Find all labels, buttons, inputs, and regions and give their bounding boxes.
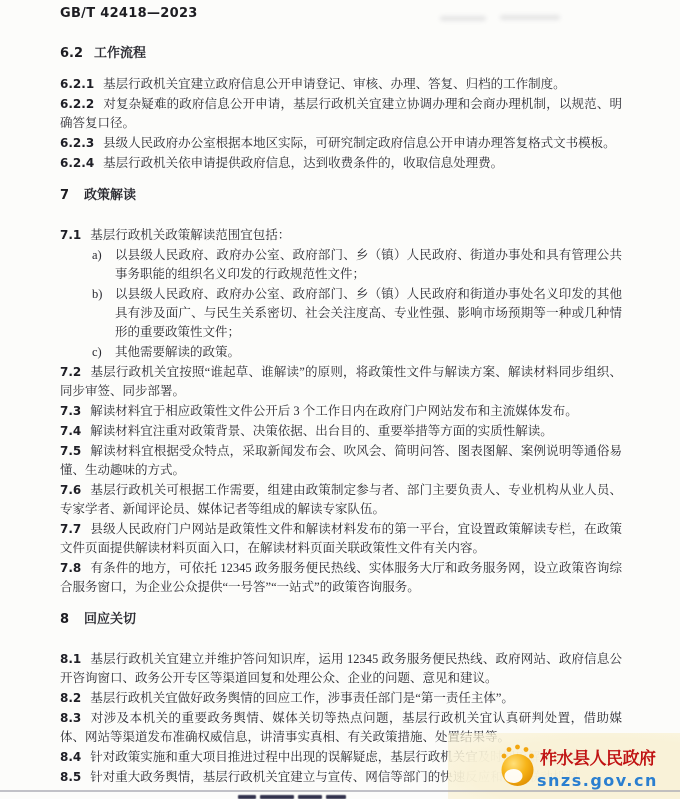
clause-paragraph: 6.2.4基层行政机关依申请提供政府信息，达到收费条件的，收取信息处理费。: [60, 154, 622, 173]
clause-paragraph: 6.2.2对复杂疑难的政府信息公开申请，基层行政机关宜建立协调办理和会商办理机制…: [60, 95, 622, 133]
clause-number: 8.5: [60, 770, 81, 784]
clause-number: 7.2: [60, 365, 81, 379]
cutoff-text-fragment: [238, 795, 256, 799]
clause-number: 6.2.1: [60, 77, 94, 91]
clause-paragraph: 7.8有条件的地方，可依托 12345 政务服务便民热线、实体服务大厅和政务服务…: [60, 559, 622, 597]
clause-number: 6.2.4: [60, 156, 94, 170]
clause-text: 基层行政机关可根据工作需要，组建由政策制定参与者、部门主要负责人、专业机构从业人…: [60, 483, 622, 516]
clause-number: 6.2.2: [60, 97, 94, 111]
clause-text: 其他需要解读的政策。: [115, 345, 240, 359]
clause-paragraph: 7.5解读材料宜根据受众特点，采取新闻发布会、吹风会、简明问答、图表图解、案例说…: [60, 442, 622, 480]
cutoff-text-fragment: [260, 795, 294, 799]
scan-smudge: [440, 16, 486, 21]
scan-smudge: [500, 15, 560, 20]
section-heading: 6.2工作流程: [60, 45, 622, 62]
clause-text: 县级人民政府门户网站是政策性文件和解读材料发布的第一平台，宜设置政策解读专栏，在…: [60, 522, 622, 555]
clause-number: 7.6: [60, 483, 81, 497]
clause-number: 6.2.3: [60, 136, 94, 150]
clause-number: 7: [60, 188, 69, 203]
clause-paragraph: 7.3解读材料宜于相应政策性文件公开后 3 个工作日内在政府门户网站发布和主流媒…: [60, 402, 622, 421]
clause-number: 7.7: [60, 522, 81, 536]
watermark-site-name: 柞水县人民政府: [540, 750, 672, 768]
clause-number: 7.5: [60, 444, 81, 458]
clause-paragraph: 7.1基层行政机关政策解读范围宜包括：: [60, 226, 622, 245]
page-edge-line: [0, 790, 680, 792]
clause-text: 县级人民政府办公室根据本地区实际，可研究制定政府信息公开申请办理答复格式文书模板…: [103, 136, 616, 150]
clause-number: 7.8: [60, 561, 81, 575]
clause-paragraph: 7.4解读材料宜注重对政策背景、决策依据、出台目的、重要举措等方面的实质性解读。: [60, 422, 622, 441]
clause-number: 6.2: [60, 46, 83, 61]
clause-number: a): [92, 246, 102, 265]
clause-text: 工作流程: [94, 46, 146, 61]
cutoff-text-fragment: [298, 795, 322, 799]
clause-paragraph: 7.7县级人民政府门户网站是政策性文件和解读材料发布的第一平台，宜设置政策解读专…: [60, 520, 622, 558]
clause-number: b): [92, 285, 102, 304]
clause-text: 回应关切: [84, 612, 136, 627]
clause-text: 基层行政机关宜按照“谁起草、谁解读”的原则，将政策性文件与解读方案、解读材料同步…: [60, 365, 622, 398]
section-heading: 7政策解读: [60, 187, 622, 204]
clause-number: 7.4: [60, 424, 81, 438]
clause-number: 8.2: [60, 691, 81, 705]
clause-number: 8: [60, 612, 69, 627]
clause-text: 以县级人民政府、政府办公室、政府部门、乡（镇）人民政府、街道办事处和具有管理公共…: [115, 248, 622, 281]
clause-text: 基层行政机关宜建立政府信息公开申请登记、审核、办理、答复、归档的工作制度。: [103, 77, 566, 91]
clause-text: 解读材料宜于相应政策性文件公开后 3 个工作日内在政府门户网站发布和主流媒体发布…: [90, 404, 578, 418]
document-page: GB/T 42418—2023 6.2工作流程6.2.1基层行政机关宜建立政府信…: [0, 0, 680, 799]
clause-text: 解读材料宜根据受众特点，采取新闻发布会、吹风会、简明问答、图表图解、案例说明等通…: [60, 444, 622, 477]
section-heading: 8回应关切: [60, 611, 622, 628]
watermark-site-url: snzs.gov.cn: [537, 771, 658, 790]
list-item: a)以县级人民政府、政府办公室、政府部门、乡（镇）人民政府、街道办事处和具有管理…: [60, 246, 622, 284]
cutoff-text-fragment: [326, 795, 346, 799]
clause-text: 基层行政机关政策解读范围宜包括：: [90, 228, 290, 242]
clause-text: 有条件的地方，可依托 12345 政务服务便民热线、实体服务大厅和政务服务网，设…: [60, 561, 622, 594]
clause-number: 7.3: [60, 404, 81, 418]
document-body: 6.2工作流程6.2.1基层行政机关宜建立政府信息公开申请登记、审核、办理、答复…: [60, 45, 622, 787]
clause-paragraph: 8.1基层行政机关宜建立并维护答问知识库，运用 12345 政务服务便民热线、政…: [60, 650, 622, 688]
clause-paragraph: 7.2基层行政机关宜按照“谁起草、谁解读”的原则，将政策性文件与解读方案、解读材…: [60, 363, 622, 401]
clause-paragraph: 6.2.1基层行政机关宜建立政府信息公开申请登记、审核、办理、答复、归档的工作制…: [60, 75, 622, 94]
clause-number: c): [92, 343, 102, 362]
clause-number: 8.3: [60, 711, 81, 725]
clause-paragraph: 6.2.3县级人民政府办公室根据本地区实际，可研究制定政府信息公开申请办理答复格…: [60, 134, 622, 153]
list-item: b)以县级人民政府、政府办公室、政府部门、乡（镇）人民政府和街道办事处名义印发的…: [60, 285, 622, 342]
clause-text: 基层行政机关宜做好政务舆情的回应工作，涉事责任部门是“第一责任主体”。: [90, 691, 514, 705]
list-item: c)其他需要解读的政策。: [60, 343, 622, 362]
clause-number: 7.1: [60, 228, 81, 242]
clause-number: 8.1: [60, 652, 81, 666]
clause-text: 解读材料宜注重对政策背景、决策依据、出台目的、重要举措等方面的实质性解读。: [90, 424, 553, 438]
clause-text: 基层行政机关宜建立并维护答问知识库，运用 12345 政务服务便民热线、政府网站…: [60, 652, 622, 685]
clause-paragraph: 7.6基层行政机关可根据工作需要，组建由政策制定参与者、部门主要负责人、专业机构…: [60, 481, 622, 519]
clause-text: 政策解读: [84, 188, 136, 203]
clause-number: 8.4: [60, 750, 81, 764]
clause-text: 以县级人民政府、政府办公室、政府部门、乡（镇）人民政府和街道办事处名义印发的其他…: [115, 287, 622, 339]
clause-text: 对复杂疑难的政府信息公开申请，基层行政机关宜建立协调办理和会商办理机制，以规范、…: [60, 97, 622, 130]
government-logo-icon: [498, 743, 538, 791]
clause-paragraph: 8.2基层行政机关宜做好政务舆情的回应工作，涉事责任部门是“第一责任主体”。: [60, 689, 622, 708]
clause-text: 基层行政机关依申请提供政府信息，达到收费条件的，收取信息处理费。: [103, 156, 503, 170]
